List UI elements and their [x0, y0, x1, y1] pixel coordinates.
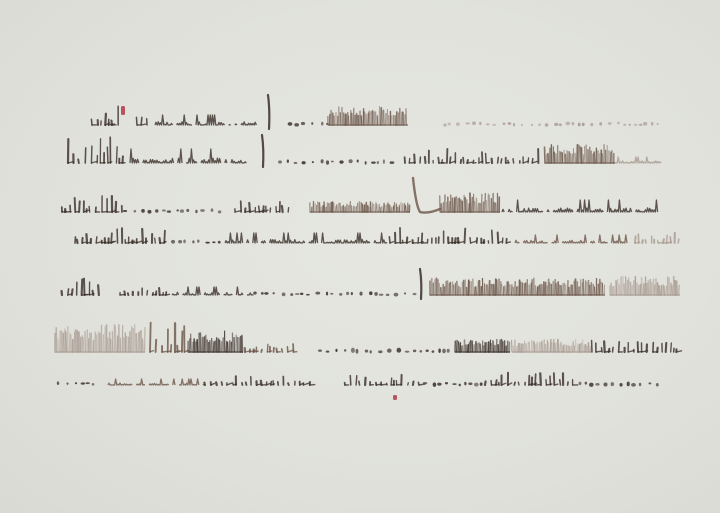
ink-line-6 — [55, 323, 682, 354]
ink-line-2 — [68, 135, 665, 167]
ink-line-4 — [75, 228, 679, 244]
ink-line-1 — [91, 95, 658, 129]
ink-line-7 — [57, 373, 659, 387]
red-ink-accent-2 — [393, 395, 397, 400]
ink-line-5 — [62, 269, 680, 299]
red-ink-accent-1 — [121, 106, 125, 115]
ink-line-3 — [62, 178, 662, 214]
asemic-writing-artwork — [0, 0, 720, 513]
